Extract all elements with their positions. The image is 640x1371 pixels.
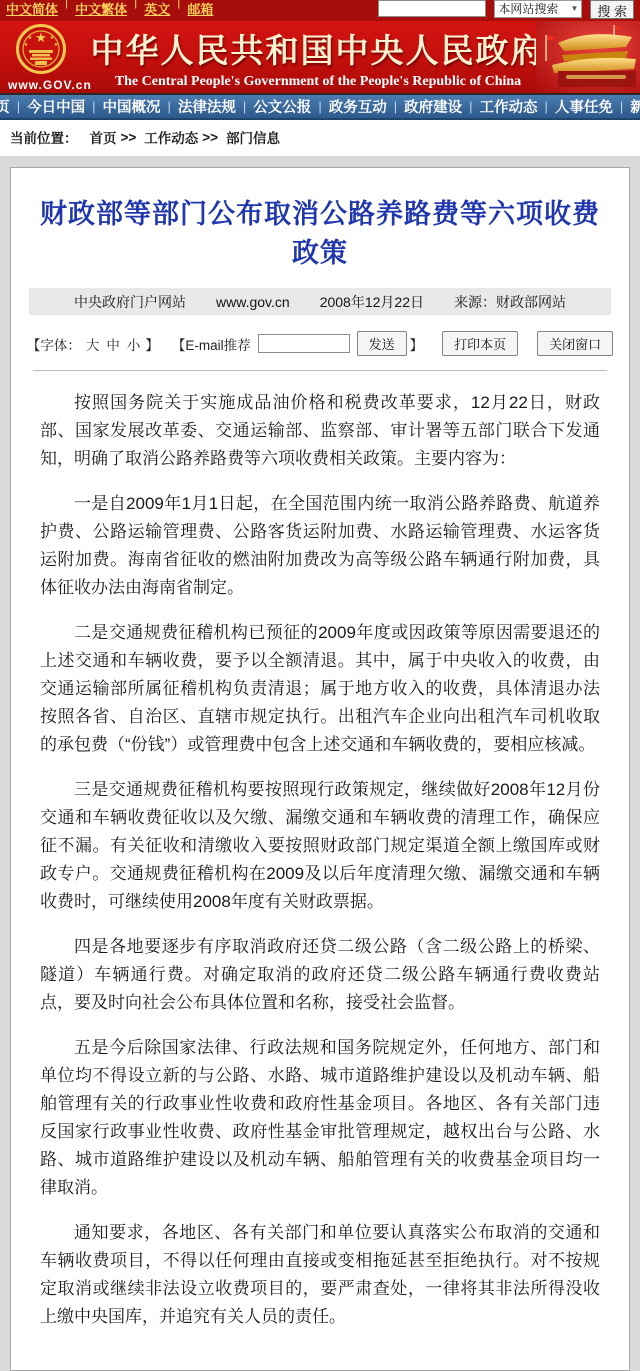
nav-item-work-updates[interactable]: 工作动态 (477, 96, 539, 117)
meta-site-url: www.gov.cn (216, 294, 290, 310)
meta-source: 来源：财政部网站 (454, 292, 566, 312)
svg-text:★: ★ (24, 42, 29, 48)
gov-url-link[interactable]: www.GOV.cn (8, 78, 92, 92)
link-separator: | (65, 0, 68, 9)
toolbar-divider (33, 370, 607, 371)
font-size-label: 【字体： (27, 334, 81, 354)
site-title-english: The Central People's Government of the P… (88, 74, 548, 90)
link-separator: | (177, 0, 180, 9)
article-body: 按照国务院关于实施成品油价格和税费改革要求，12月22日，财政部、国家发展改革委… (11, 375, 629, 1331)
link-mail[interactable]: 邮箱 (187, 0, 213, 18)
nav-item-home[interactable]: 网站首页 (0, 96, 12, 117)
nav-item-china-overview[interactable]: 中国概况 (101, 96, 163, 117)
paragraph-closing: 通知要求，各地区、各有关部门和单位要认真落实公布取消的交通和车辆收费项目，不得以… (40, 1219, 600, 1331)
nav-separator: | (163, 99, 176, 114)
page-background: 财政部等部门公布取消公路养路费等六项收费政策 中央政府门户网站 www.gov.… (0, 156, 640, 1371)
link-simplified-chinese[interactable]: 中文简体 (6, 0, 58, 18)
chevron-down-icon: ▼ (570, 4, 578, 13)
paragraph-item-3: 三是交通规费征稽机构要按照现行政策规定，继续做好2008年12月份交通和车辆收费… (40, 776, 600, 916)
meta-site-name: 中央政府门户网站 (74, 292, 186, 312)
paragraph-item-5: 五是今后除国家法律、行政法规和国务院规定外，任何地方、部门和单位均不得设立新的与… (40, 1034, 600, 1202)
search-scope-select[interactable]: 本网站搜索 ▼ (494, 0, 582, 18)
meta-date: 2008年12月22日 (320, 292, 424, 312)
font-size-bracket-close: 】 (145, 334, 159, 354)
nav-item-china-today[interactable]: 今日中国 (25, 96, 87, 117)
breadcrumb-label: 当前位置： (10, 127, 78, 147)
breadcrumb: 当前位置： 首页 >> 工作动态 >> 部门信息 (0, 120, 640, 156)
nav-item-news-release[interactable]: 新闻发布 (628, 96, 640, 117)
national-emblem-icon: ★ ★ ★ ★ ★ (16, 24, 66, 74)
font-size-small-button[interactable]: 小 (125, 334, 143, 354)
site-search: 本网站搜索 ▼ 搜 索 (378, 0, 634, 19)
nav-separator: | (539, 99, 552, 114)
link-traditional-chinese[interactable]: 中文繁体 (75, 0, 127, 18)
font-size-large-button[interactable]: 大 (84, 334, 102, 354)
link-english[interactable]: 英文 (144, 0, 170, 18)
svg-text:★: ★ (28, 35, 33, 41)
nav-separator: | (12, 99, 25, 114)
search-input[interactable] (378, 0, 486, 17)
breadcrumb-work-updates[interactable]: 工作动态 (144, 127, 198, 147)
breadcrumb-separator: >> (202, 130, 218, 145)
breadcrumb-home[interactable]: 首页 (90, 127, 117, 147)
nav-separator: | (238, 99, 251, 114)
email-input[interactable] (258, 334, 350, 353)
close-window-button[interactable]: 关闭窗口 (537, 331, 613, 356)
nav-separator: | (313, 99, 326, 114)
article-title: 财政部等部门公布取消公路养路费等六项收费政策 (35, 192, 605, 270)
top-utility-bar: 中文简体 | 中文繁体 | 英文 | 邮箱 本网站搜索 ▼ 搜 索 (0, 0, 640, 21)
svg-text:★: ★ (54, 42, 59, 48)
font-size-medium-button[interactable]: 中 (104, 334, 122, 354)
nav-item-gov-building[interactable]: 政府建设 (402, 96, 464, 117)
nav-separator: | (615, 99, 628, 114)
paragraph-intro: 按照国务院关于实施成品油价格和税费改革要求，12月22日，财政部、国家发展改革委… (40, 389, 600, 473)
site-banner: ★ ★ ★ ★ ★ www.GOV.cn 中华人民共和国中央人民政府 The C… (0, 21, 640, 93)
article-toolbar: 【字体： 大 中 小 】 【E-mail推荐 发送 】 打印本页 关闭窗口 (11, 331, 629, 356)
banner-titles: 中华人民共和国中央人民政府 The Central People's Gover… (88, 25, 548, 90)
main-navigation: 网站首页 | 今日中国 | 中国概况 | 法律法规 | 公文公报 | 政务互动 … (0, 93, 640, 120)
nav-separator: | (87, 99, 100, 114)
breadcrumb-department-info[interactable]: 部门信息 (226, 127, 280, 147)
email-recommend-label: 【E-mail推荐 (172, 334, 251, 354)
article-meta-bar: 中央政府门户网站 www.gov.cn 2008年12月22日 来源：财政部网站 (29, 288, 611, 315)
breadcrumb-separator: >> (121, 130, 137, 145)
paragraph-item-2: 二是交通规费征稽机构已预征的2009年度或因政策等原因需要退还的上述交通和车辆收… (40, 619, 600, 759)
tiananmen-illustration (536, 21, 640, 93)
svg-text:★: ★ (50, 35, 55, 41)
search-scope-value: 本网站搜索 (498, 0, 558, 17)
link-separator: | (134, 0, 137, 9)
nav-item-laws[interactable]: 法律法规 (176, 96, 238, 117)
paragraph-item-4: 四是各地要逐步有序取消政府还贷二级公路（含二级公路上的桥梁、隧道）车辆通行费。对… (40, 933, 600, 1017)
language-links: 中文简体 | 中文繁体 | 英文 | 邮箱 (6, 0, 213, 18)
article-container: 财政部等部门公布取消公路养路费等六项收费政策 中央政府门户网站 www.gov.… (10, 167, 630, 1371)
nav-item-official-documents[interactable]: 公文公报 (251, 96, 313, 117)
search-button[interactable]: 搜 索 (590, 0, 634, 19)
nav-separator: | (389, 99, 402, 114)
nav-item-personnel[interactable]: 人事任免 (553, 96, 615, 117)
email-bracket-close: 】 (410, 334, 424, 354)
nav-separator: | (464, 99, 477, 114)
site-title-chinese: 中华人民共和国中央人民政府 (88, 25, 548, 72)
print-page-button[interactable]: 打印本页 (442, 331, 518, 356)
send-button[interactable]: 发送 (357, 331, 407, 356)
svg-text:★: ★ (35, 30, 47, 45)
paragraph-item-1: 一是自2009年1月1日起，在全国范围内统一取消公路养路费、航道养护费、公路运输… (40, 490, 600, 602)
nav-item-gov-interaction[interactable]: 政务互动 (327, 96, 389, 117)
